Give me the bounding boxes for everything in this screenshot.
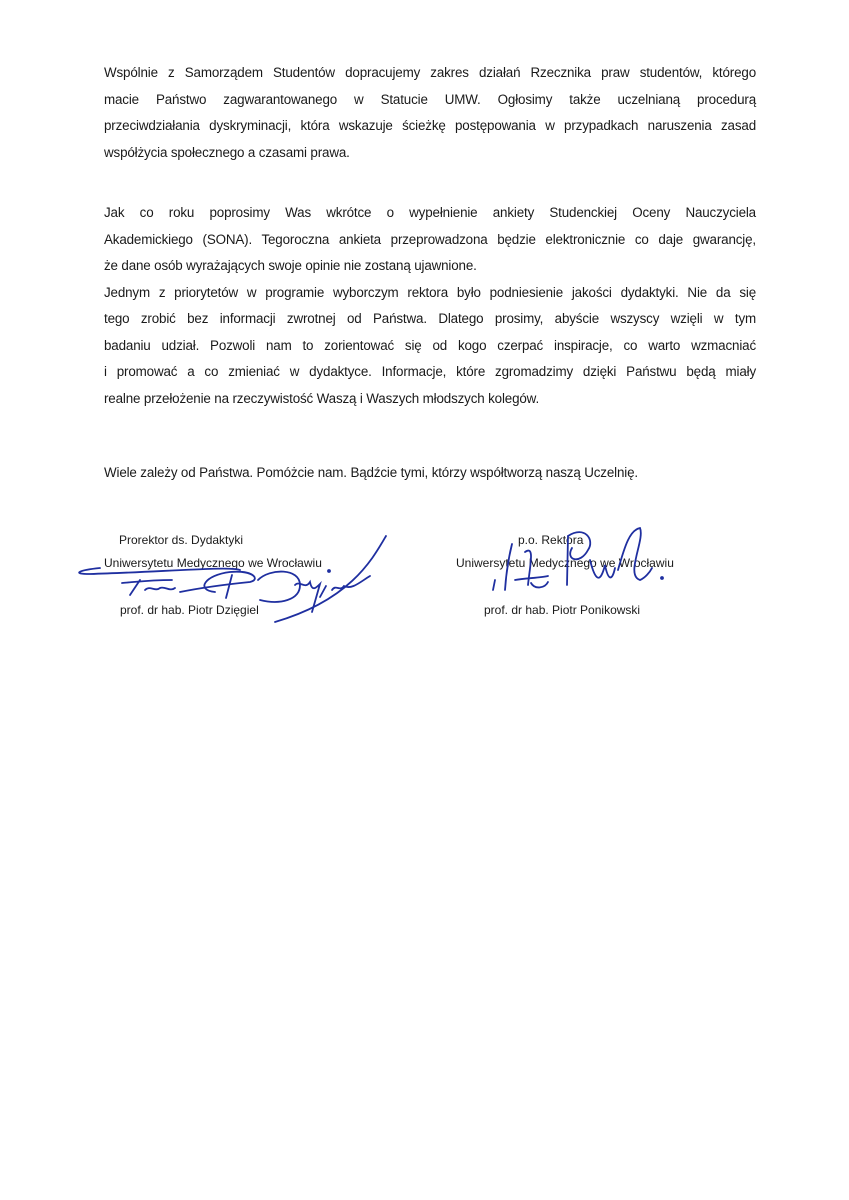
handwritten-signature-icon	[0, 0, 849, 1200]
